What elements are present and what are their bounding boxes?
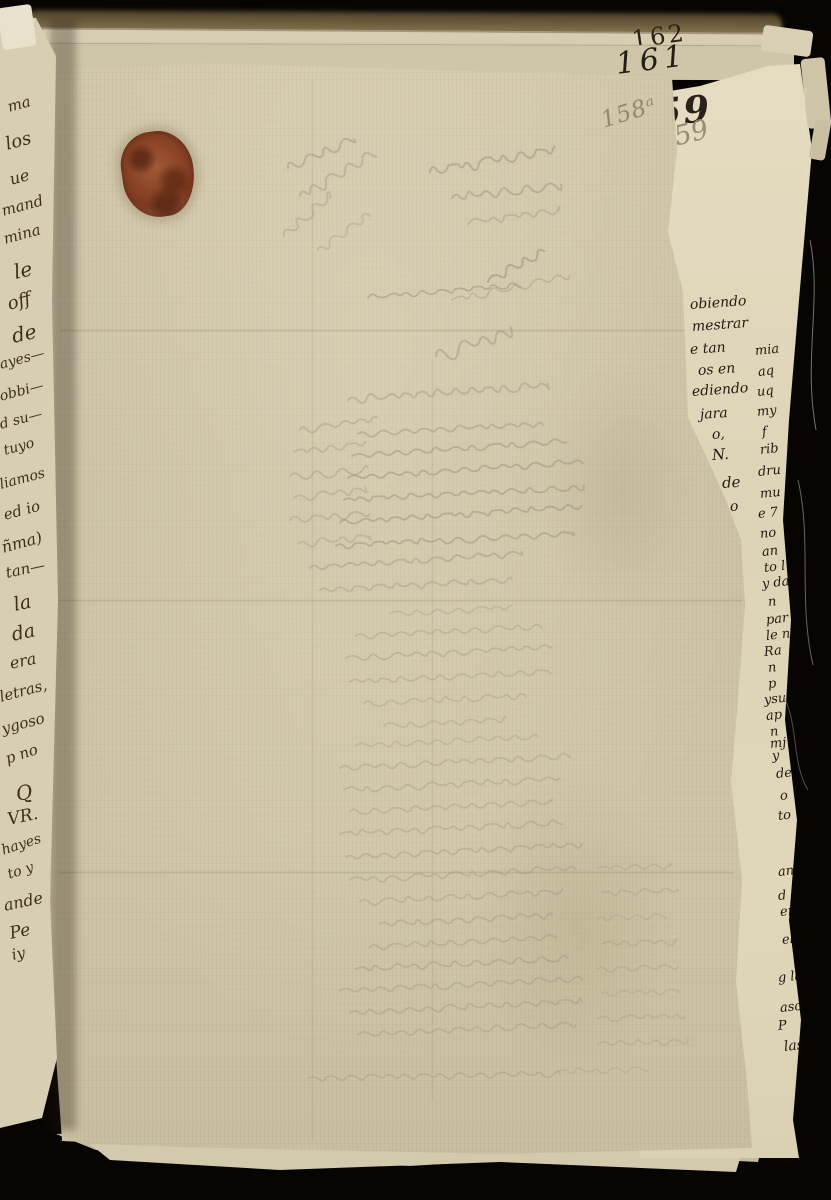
ink-fragment: ygoso — [0, 711, 46, 737]
ink-fragment: ed io — [2, 499, 42, 523]
ink-fragment: mand — [0, 193, 45, 218]
manuscript-scan: 162 161 159 159 obiendomestrare tanos en… — [0, 0, 831, 1200]
ink-fragment: liamos — [0, 466, 46, 491]
ink-fragment: n — [767, 595, 777, 609]
ink-fragment: to — [777, 809, 791, 823]
ink-fragment: tuyo — [2, 436, 36, 458]
ink-fragment: de — [721, 475, 740, 491]
ink-fragment: ue — [8, 167, 31, 188]
ink-fragment: letras, — [0, 678, 49, 705]
ink-fragment: mina — [2, 223, 42, 247]
ink-fragment: ysu — [763, 692, 787, 707]
folio-number-old-pencil: 158ᵃ — [599, 94, 660, 133]
ink-fragment: le n — [765, 627, 791, 642]
ink-fragment: p no — [4, 742, 40, 766]
ink-fragment: da — [10, 621, 37, 644]
ink-fragment: del — [775, 766, 796, 781]
ink-fragment: aso — [779, 1000, 802, 1015]
ink-fragment: an — [761, 544, 778, 559]
ink-fragment: las — [783, 1038, 804, 1054]
ink-fragment: y — [771, 749, 780, 763]
ink-fragment: ande — [2, 890, 44, 914]
ink-fragment: ma — [6, 94, 32, 114]
ink-fragment: VR. — [6, 806, 39, 829]
ink-fragment: hayes — [0, 832, 43, 858]
ink-fragment: en — [779, 904, 796, 919]
ink-fragment: uq — [756, 384, 774, 399]
ink-fragment: mu — [759, 486, 781, 501]
ink-fragment: ayes— — [0, 346, 46, 371]
ink-fragment: d — [777, 889, 787, 903]
ink-fragment: an — [777, 864, 794, 879]
ink-fragment: e 7 — [757, 506, 778, 521]
ink-fragment: d su— — [0, 407, 44, 432]
ink-fragment: jara — [700, 406, 729, 422]
ink-fragment: N. — [711, 447, 729, 463]
ink-fragment: Ra — [763, 644, 782, 659]
ink-fragment: to y — [6, 860, 35, 881]
ink-fragment: ediendo — [692, 381, 749, 399]
ink-fragment: g la — [777, 969, 803, 984]
fold-crease — [60, 330, 688, 331]
ink-fragment: p — [767, 677, 777, 691]
ink-fragment: mia — [754, 343, 779, 358]
fiber-streak — [432, 360, 433, 1100]
ink-fragment: no — [759, 526, 776, 541]
ink-fragment: P — [777, 1019, 787, 1033]
ink-fragment: n — [767, 661, 777, 675]
ink-fragment: los — [4, 130, 34, 154]
ink-fragment: o — [730, 499, 739, 514]
ink-fragment: aq — [757, 364, 774, 379]
paper-stain — [470, 760, 680, 1080]
ink-fragment: to l — [763, 560, 786, 575]
ink-fragment: f — [761, 426, 767, 439]
paper-stain — [540, 360, 700, 620]
ink-fragment: la — [12, 593, 33, 615]
ink-fragment: obbi— — [0, 379, 45, 404]
ink-fragment: o, — [712, 427, 726, 442]
ink-fragment: os en — [698, 361, 736, 378]
ink-fragment: e tan — [690, 341, 727, 357]
ink-fragment: par — [765, 612, 789, 627]
ink-fragment: dru — [757, 464, 781, 479]
ink-fragment: o — [779, 789, 788, 803]
fiber-streak — [312, 80, 313, 1140]
ink-fragment: my — [756, 404, 777, 419]
ink-fragment: Q — [14, 781, 34, 804]
ink-fragment: ell — [781, 932, 798, 947]
ink-fragment: y da — [761, 575, 790, 591]
ink-fragment: ap — [765, 708, 782, 723]
ink-fragment: ñma) — [0, 530, 44, 556]
ink-fragment: mestrar — [692, 316, 749, 334]
folio-number-upper: 161 — [614, 41, 689, 80]
ink-fragment: rib — [759, 442, 779, 457]
ink-fragment: obiendo — [690, 294, 747, 312]
ink-fragment: era — [8, 651, 37, 672]
ink-fragment: iy — [10, 945, 26, 962]
ink-fragment: off — [6, 290, 33, 313]
paper-scrap — [0, 4, 37, 50]
ink-fragment: Pe — [8, 922, 32, 943]
ink-fragment: de — [10, 321, 38, 346]
ink-fragment: tan— — [4, 558, 46, 581]
ink-fragment: le — [12, 258, 34, 281]
red-wax-seal-remnant — [116, 126, 199, 221]
